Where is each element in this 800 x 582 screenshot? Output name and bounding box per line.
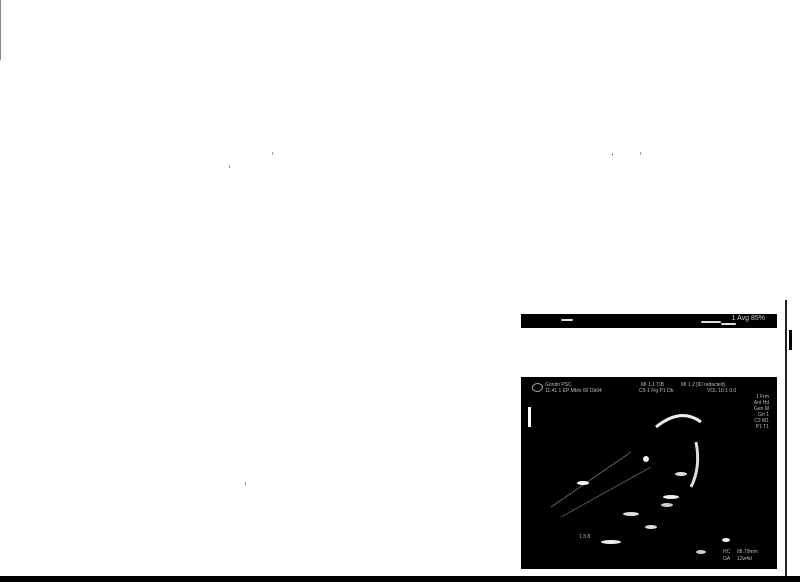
scan-speck [229, 165, 230, 168]
measurement-label-ga: GA [723, 556, 730, 562]
scan-speck [640, 152, 641, 155]
scan-speck [612, 153, 613, 156]
scan-edge [789, 330, 792, 350]
ultrasound-echo [521, 377, 777, 569]
top-ultrasound-strip: 1 Avg 85% [521, 314, 777, 328]
strip-label: 1 Avg 85% [732, 315, 765, 322]
caliper-marker: 1 3 8 [579, 534, 590, 540]
scan-bottom-edge [0, 576, 800, 582]
measurement-value-hc: 68.79mm [737, 549, 758, 555]
measurement-label-hc: HC [723, 549, 730, 555]
measurement-value-ga: 12w4d [737, 556, 752, 562]
ultrasound-image: Gondo PSC 11:41 1 EP Mb/s 60 Db64 MI 1.1… [521, 377, 777, 569]
scan-speck [245, 482, 246, 485]
scan-speck [272, 152, 273, 155]
scan-edge [785, 300, 787, 582]
scan-edge [0, 0, 1, 60]
